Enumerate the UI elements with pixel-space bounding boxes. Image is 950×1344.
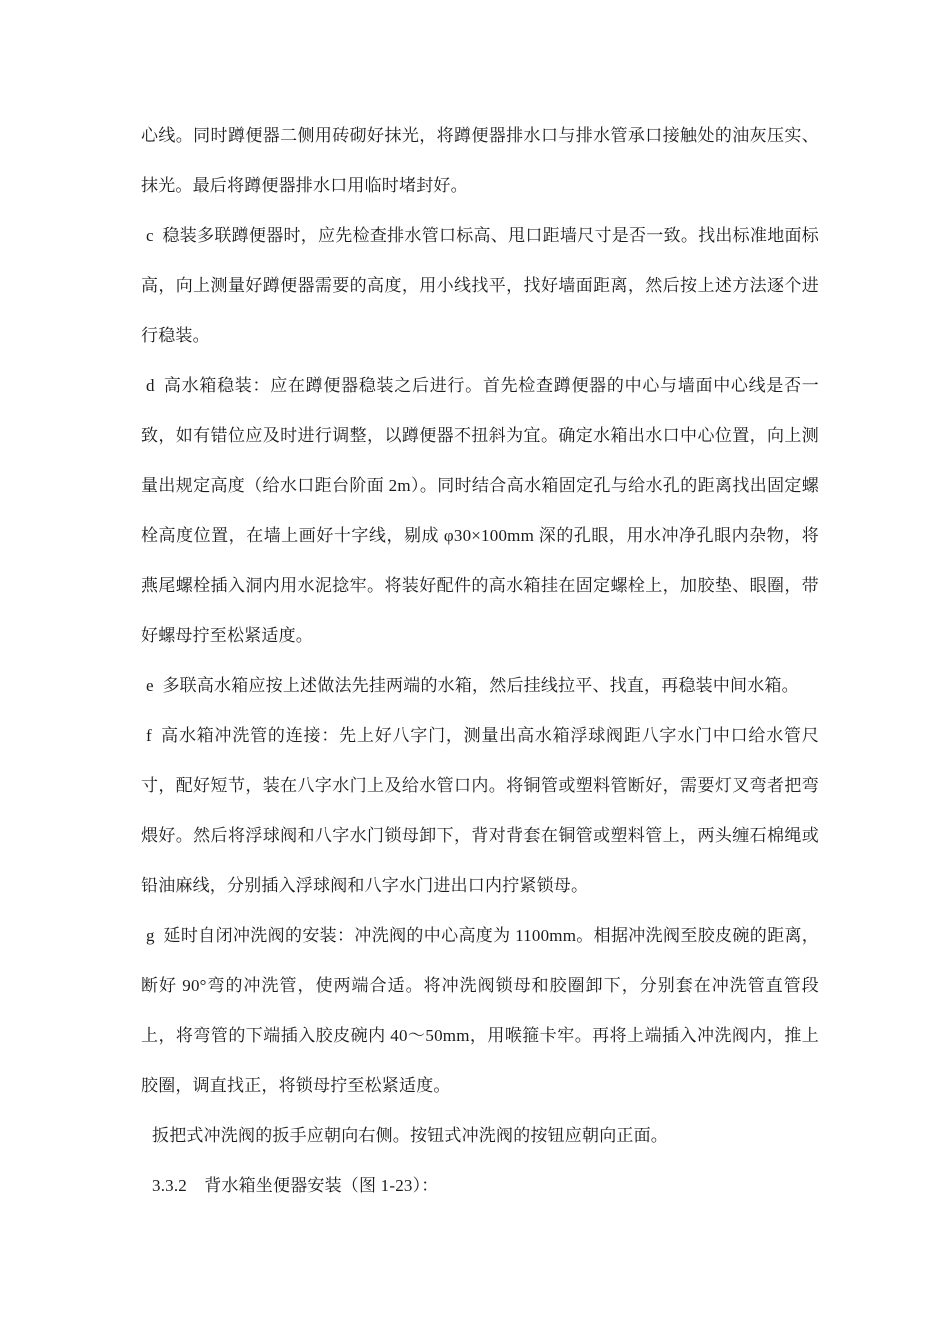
paragraph-item-f: f 高水箱冲洗管的连接：先上好八字门，测量出高水箱浮球阀距八字水门中口给水管尺寸… bbox=[141, 711, 819, 911]
section-heading: 3.3.2 背水箱坐便器安装（图 1-23）： bbox=[141, 1161, 819, 1211]
paragraph-item-g: g 延时自闭冲洗阀的安装：冲洗阀的中心高度为 1100mm。相据冲洗阀至胶皮碗的… bbox=[141, 911, 819, 1111]
paragraph-continuation: 心线。同时蹲便器二侧用砖砌好抹光，将蹲便器排水口与排水管承口接触处的油灰压实、抹… bbox=[141, 111, 819, 211]
paragraph-item-d: d 高水箱稳装：应在蹲便器稳装之后进行。首先检查蹲便器的中心与墙面中心线是否一致… bbox=[141, 361, 819, 661]
paragraph-item-e: e 多联高水箱应按上述做法先挂两端的水箱，然后挂线拉平、找直，再稳装中间水箱。 bbox=[141, 661, 819, 711]
document-page: 心线。同时蹲便器二侧用砖砌好抹光，将蹲便器排水口与排水管承口接触处的油灰压实、抹… bbox=[0, 0, 950, 1344]
paragraph-note: 扳把式冲洗阀的扳手应朝向右侧。按钮式冲洗阀的按钮应朝向正面。 bbox=[141, 1111, 819, 1161]
paragraph-item-c: c 稳装多联蹲便器时，应先检查排水管口标高、甩口距墙尺寸是否一致。找出标准地面标… bbox=[141, 211, 819, 361]
